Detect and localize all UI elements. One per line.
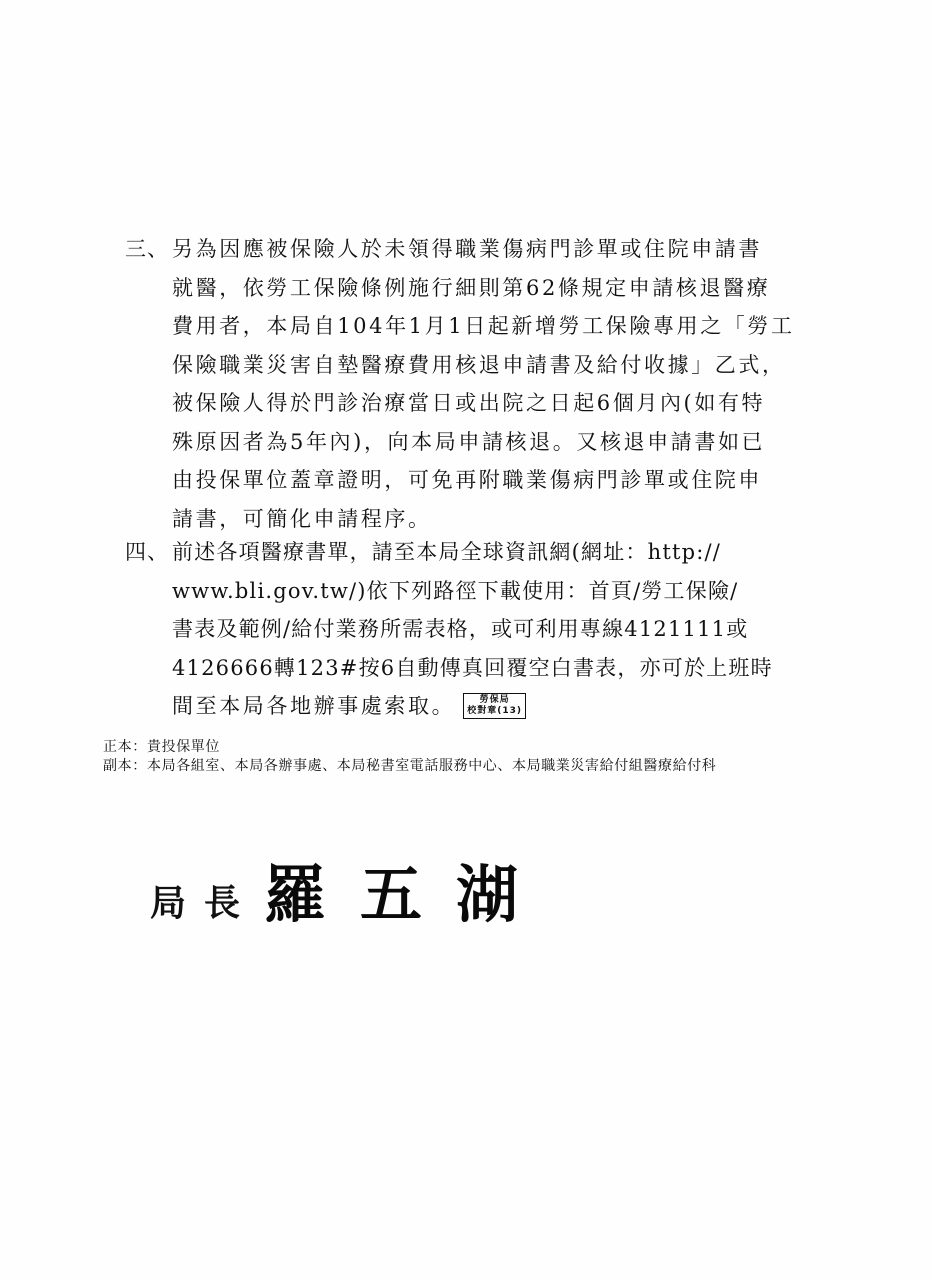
original-value: 貴投保單位: [147, 738, 813, 757]
distribution-list: 正本： 貴投保單位 副本： 本局各組室、本局各辦事處、本局秘書室電話服務中心、本…: [103, 738, 813, 776]
item-4-number: 四、: [125, 533, 172, 572]
text-line-last: 間至本局各地辦事處索取。勞保局校對章(13): [172, 687, 815, 726]
copy-label: 副本：: [103, 757, 147, 776]
text-line: 書表及範例/給付業務所需表格，或可利用專線4121111或: [172, 610, 815, 649]
item-4: 四、 前述各項醫療書單，請至本局全球資訊網(網址：http:// www.bli…: [125, 533, 815, 726]
text-line: www.bli.gov.tw/)依下列路徑下載使用：首頁/勞工保險/: [172, 572, 815, 611]
text-line: 殊原因者為5年內)，向本局申請核退。又核退申請書如已: [172, 423, 815, 462]
text-line: 被保險人得於門診治療當日或出院之日起6個月內(如有特: [172, 384, 815, 423]
stamp-line-1: 勞保局: [467, 695, 522, 706]
text-line: 另為因應被保險人於未領得職業傷病門診單或住院申請書: [172, 230, 815, 269]
item-3: 三、 另為因應被保險人於未領得職業傷病門診單或住院申請書 就醫，依勞工保險條例施…: [125, 230, 815, 538]
proof-stamp: 勞保局校對章(13): [463, 693, 526, 719]
copy-recipient-row: 副本： 本局各組室、本局各辦事處、本局秘書室電話服務中心、本局職業災害給付組醫療…: [103, 757, 813, 776]
text-line-content: 間至本局各地辦事處索取。: [172, 694, 455, 718]
signature-name: 羅五湖: [264, 845, 552, 934]
text-line: 前述各項醫療書單，請至本局全球資訊網(網址：http://: [172, 533, 815, 572]
original-label: 正本：: [103, 738, 147, 757]
item-3-number: 三、: [125, 230, 172, 269]
copy-value: 本局各組室、本局各辦事處、本局秘書室電話服務中心、本局職業災害給付組醫療給付科: [147, 757, 813, 776]
text-line: 保險職業災害自墊醫療費用核退申請書及給付收據」乙式，: [172, 346, 815, 385]
document-page: 三、 另為因應被保險人於未領得職業傷病門診單或住院申請書 就醫，依勞工保險條例施…: [0, 0, 932, 1280]
stamp-line-2: 校對章(13): [467, 706, 522, 717]
text-line: 費用者，本局自104年1月1日起新增勞工保險專用之「勞工: [172, 307, 815, 346]
item-3-text: 另為因應被保險人於未領得職業傷病門診單或住院申請書 就醫，依勞工保險條例施行細則…: [172, 230, 815, 538]
signature-title: 局長: [150, 875, 258, 926]
text-line: 4126666轉123#按6自動傳真回覆空白書表，亦可於上班時: [172, 649, 815, 688]
text-line: 由投保單位蓋章證明，可免再附職業傷病門診單或住院申: [172, 461, 815, 500]
item-4-text: 前述各項醫療書單，請至本局全球資訊網(網址：http:// www.bli.go…: [172, 533, 815, 726]
signature-block: 局長 羅五湖: [150, 845, 552, 934]
text-line: 就醫，依勞工保險條例施行細則第62條規定申請核退醫療: [172, 269, 815, 308]
original-recipient-row: 正本： 貴投保單位: [103, 738, 813, 757]
